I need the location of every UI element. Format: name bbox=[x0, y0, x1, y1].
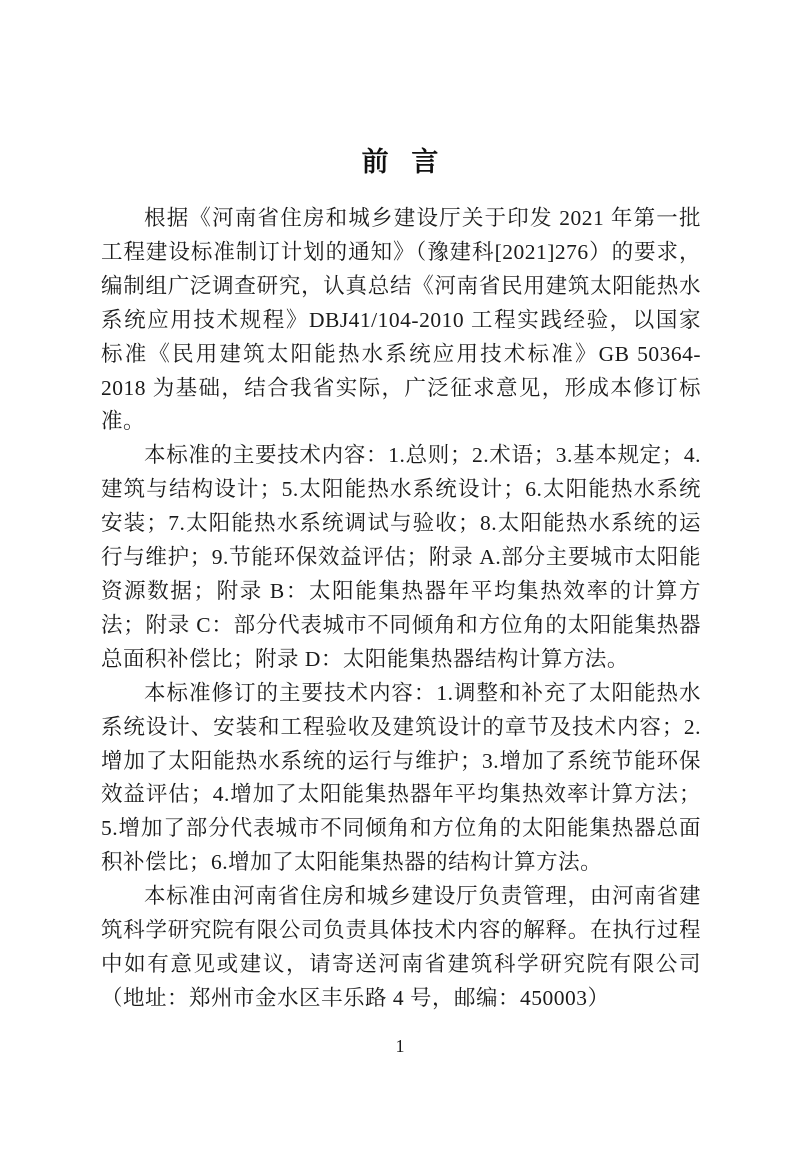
page-number: 1 bbox=[0, 1034, 800, 1058]
document-page: 前 言 根据《河南省住房和城乡建设厅关于印发 2021 年第一批工程建设标准制订… bbox=[0, 0, 800, 1160]
foreword-paragraph-basis: 根据《河南省住房和城乡建设厅关于印发 2021 年第一批工程建设标准制订计划的通… bbox=[101, 202, 701, 439]
page-title: 前 言 bbox=[101, 146, 701, 178]
foreword-content: 前 言 根据《河南省住房和城乡建设厅关于印发 2021 年第一批工程建设标准制订… bbox=[101, 146, 701, 1016]
foreword-paragraph-revisions: 本标准修订的主要技术内容：1.调整和补充了太阳能热水系统设计、安装和工程验收及建… bbox=[101, 677, 701, 880]
foreword-paragraph-main-contents: 本标准的主要技术内容：1.总则；2.术语；3.基本规定；4.建筑与结构设计；5.… bbox=[101, 439, 701, 676]
foreword-paragraph-management: 本标准由河南省住房和城乡建设厅负责管理，由河南省建筑科学研究院有限公司负责具体技… bbox=[101, 880, 701, 1016]
